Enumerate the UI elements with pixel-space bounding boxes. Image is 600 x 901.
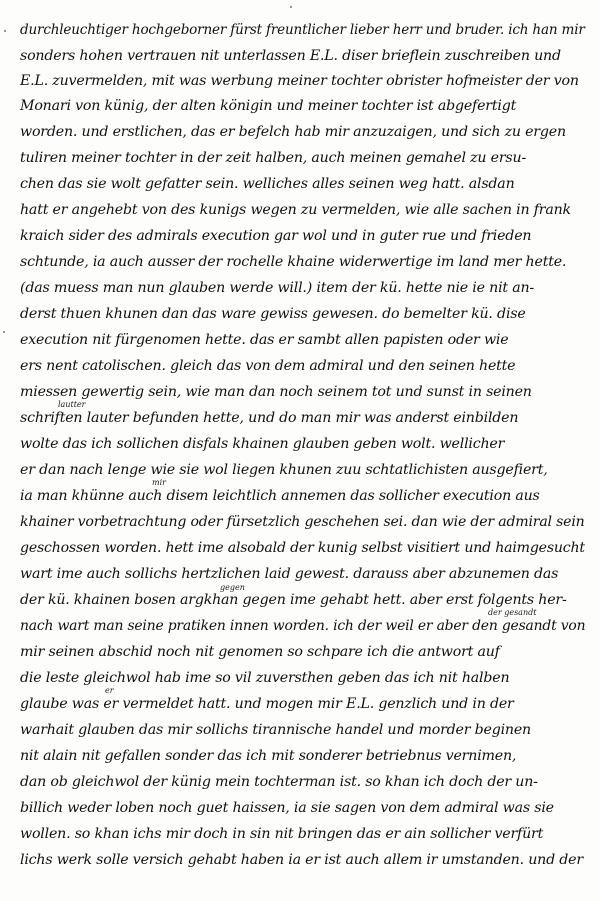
interlinear-note: gegen xyxy=(220,583,245,592)
text-line: dan ob gleichwol der künig mein tochterm… xyxy=(20,774,585,790)
text-line: schriften lauter befunden hette, und do … xyxy=(20,410,585,426)
ink-speck xyxy=(3,331,5,333)
interlinear-note: er xyxy=(105,686,114,695)
text-line: sonders hohen vertrauen nit unterlassen … xyxy=(20,48,585,64)
text-line: miessen gewertig sein, wie man dan noch … xyxy=(20,384,585,400)
text-line: die leste gleichwol hab ime so vil zuver… xyxy=(20,670,585,686)
text-line: ers nent catolischen. gleich das von dem… xyxy=(20,358,585,374)
text-line: worden. und erstlichen, das er befelch h… xyxy=(20,124,585,140)
text-line: der kü. khainen bosen argkhan gegen ime … xyxy=(20,592,585,608)
text-line: warhait glauben das mir sollichs tiranni… xyxy=(20,722,585,738)
ink-speck xyxy=(290,6,292,8)
text-line: nit alain nit gefallen sonder das ich mi… xyxy=(20,748,585,764)
interlinear-note: mir xyxy=(152,478,166,487)
text-line: durchleuchtiger hochgeborner fürst freun… xyxy=(20,22,560,38)
text-line: wart ime auch sollichs hertzlichen laid … xyxy=(20,566,585,582)
ink-speck xyxy=(4,30,6,32)
text-line: wollen. so khan ichs mir doch in sin nit… xyxy=(20,826,585,842)
text-line: nach wart man seine pratiken innen worde… xyxy=(20,618,574,634)
text-line: (das muess man nun glauben werde will.) … xyxy=(20,280,585,296)
text-line: derst thuen khunen dan das ware gewiss g… xyxy=(20,306,585,322)
text-line: khainer vorbetrachtung oder fürsetzlich … xyxy=(20,514,582,530)
text-line: schtunde, ia auch ausser der rochelle kh… xyxy=(20,254,585,270)
text-line: billich weder loben noch guet haissen, i… xyxy=(20,800,585,816)
text-line: tuliren meiner tochter in der zeit halbe… xyxy=(20,150,585,166)
text-line: wolte das ich sollichen disfals khainen … xyxy=(20,436,585,452)
interlinear-note: lautter xyxy=(58,400,85,409)
manuscript-page: durchleuchtiger hochgeborner fürst freun… xyxy=(0,0,600,901)
text-line: E.L. zuvermelden, mit was werbung meiner… xyxy=(20,73,585,89)
text-line: glaube was er vermeldet hatt. und mogen … xyxy=(20,696,585,712)
text-line: geschossen worden. hett ime alsobald der… xyxy=(20,540,582,556)
text-line: hatt er angehebt von des kunigs wegen zu… xyxy=(20,202,585,218)
text-line: Monari von künig, der alten königin und … xyxy=(20,98,585,114)
text-line: execution nit fürgenomen hette. das er s… xyxy=(20,332,585,348)
text-line: lichs werk solle versich gehabt haben ia… xyxy=(20,852,585,868)
text-line: kraich sider des admirals execution gar … xyxy=(20,228,585,244)
text-line: er dan nach lenge wie sie wol liegen khu… xyxy=(20,462,585,478)
interlinear-note: der gesandt xyxy=(488,608,536,617)
text-line: ia man khünne auch disem leichtlich anne… xyxy=(20,488,585,504)
text-line: mir seinen abschid noch nit genomen so s… xyxy=(20,644,585,660)
text-line: chen das sie wolt gefatter sein. wellich… xyxy=(20,176,585,192)
